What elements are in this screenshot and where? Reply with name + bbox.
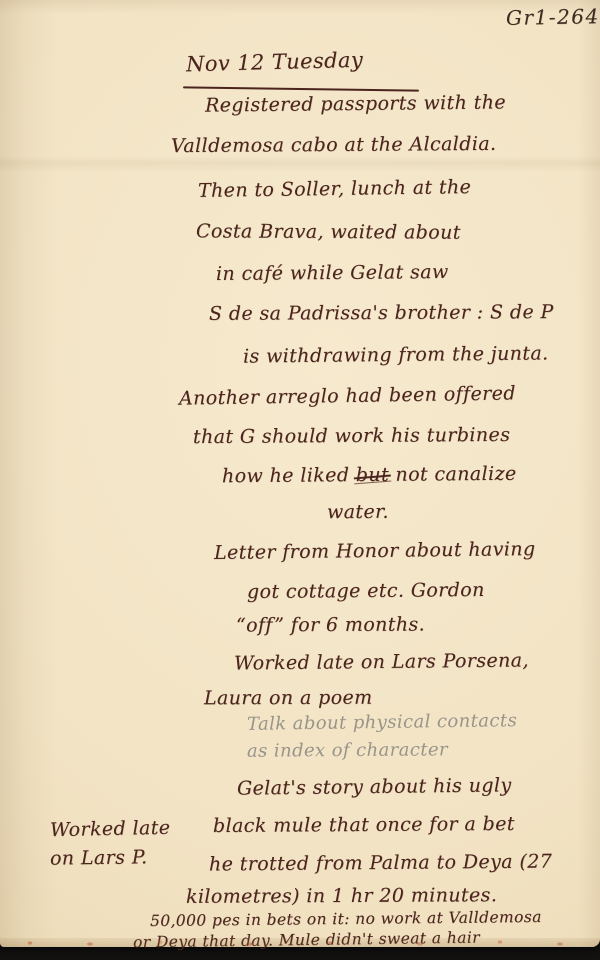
- diary-line: he trotted from Palma to Deya (27: [209, 851, 552, 876]
- date-underline: [183, 86, 419, 91]
- diary-line: got cottage etc. Gordon: [247, 579, 485, 603]
- diary-line: kilometres) in 1 hr 20 minutes.: [186, 884, 497, 908]
- diary-line: Valldemosa cabo at the Alcaldia.: [171, 133, 497, 157]
- archive-code: Gr1-264: [506, 4, 600, 30]
- diary-line: Gelat's story about his ugly: [237, 774, 512, 799]
- diary-page-scan: Gr1-264 Nov 12 Tuesday Registered passpo…: [0, 0, 600, 960]
- date-heading: Nov 12 Tuesday: [186, 48, 364, 77]
- paper-deckle-edge: [0, 938, 600, 947]
- diary-line: that G should work his turbines: [193, 424, 510, 448]
- diary-line: Laura on a poem: [204, 687, 373, 710]
- diary-line: Letter from Honor about having: [214, 538, 536, 564]
- diary-line: Another arreglo had been offered: [179, 382, 516, 409]
- diary-line: S de sa Padrissa's brother : S de P: [209, 301, 554, 325]
- diary-line: black mule that once for a bet: [213, 813, 515, 837]
- diary-line: in café while Gelat saw: [216, 261, 449, 285]
- margin-note-line: Worked late: [50, 817, 171, 842]
- margin-note-line: on Lars P.: [50, 846, 148, 869]
- paper-sheet: Gr1-264 Nov 12 Tuesday Registered passpo…: [0, 0, 600, 947]
- diary-line: Registered passports with the: [205, 91, 506, 116]
- struck-word: but: [356, 464, 389, 486]
- diary-line: is withdrawing from the junta.: [243, 342, 549, 367]
- pencil-note-line: Talk about physical contacts: [247, 710, 517, 735]
- line-pre: how he liked: [222, 464, 356, 487]
- line-post: not canalize: [389, 463, 517, 486]
- pencil-note-line: as index of character: [247, 739, 448, 761]
- diary-line: Then to Soller, lunch at the: [198, 176, 472, 202]
- diary-line: Worked late on Lars Porsena,: [234, 649, 529, 674]
- diary-line: water.: [327, 501, 389, 523]
- diary-line: 50,000 pes in bets on it: no work at Val…: [150, 908, 542, 930]
- diary-line: “off” for 6 months.: [236, 614, 425, 637]
- diary-line-with-strikethrough: how he liked but not canalize: [222, 463, 517, 488]
- diary-line: Costa Brava, waited about: [196, 220, 461, 243]
